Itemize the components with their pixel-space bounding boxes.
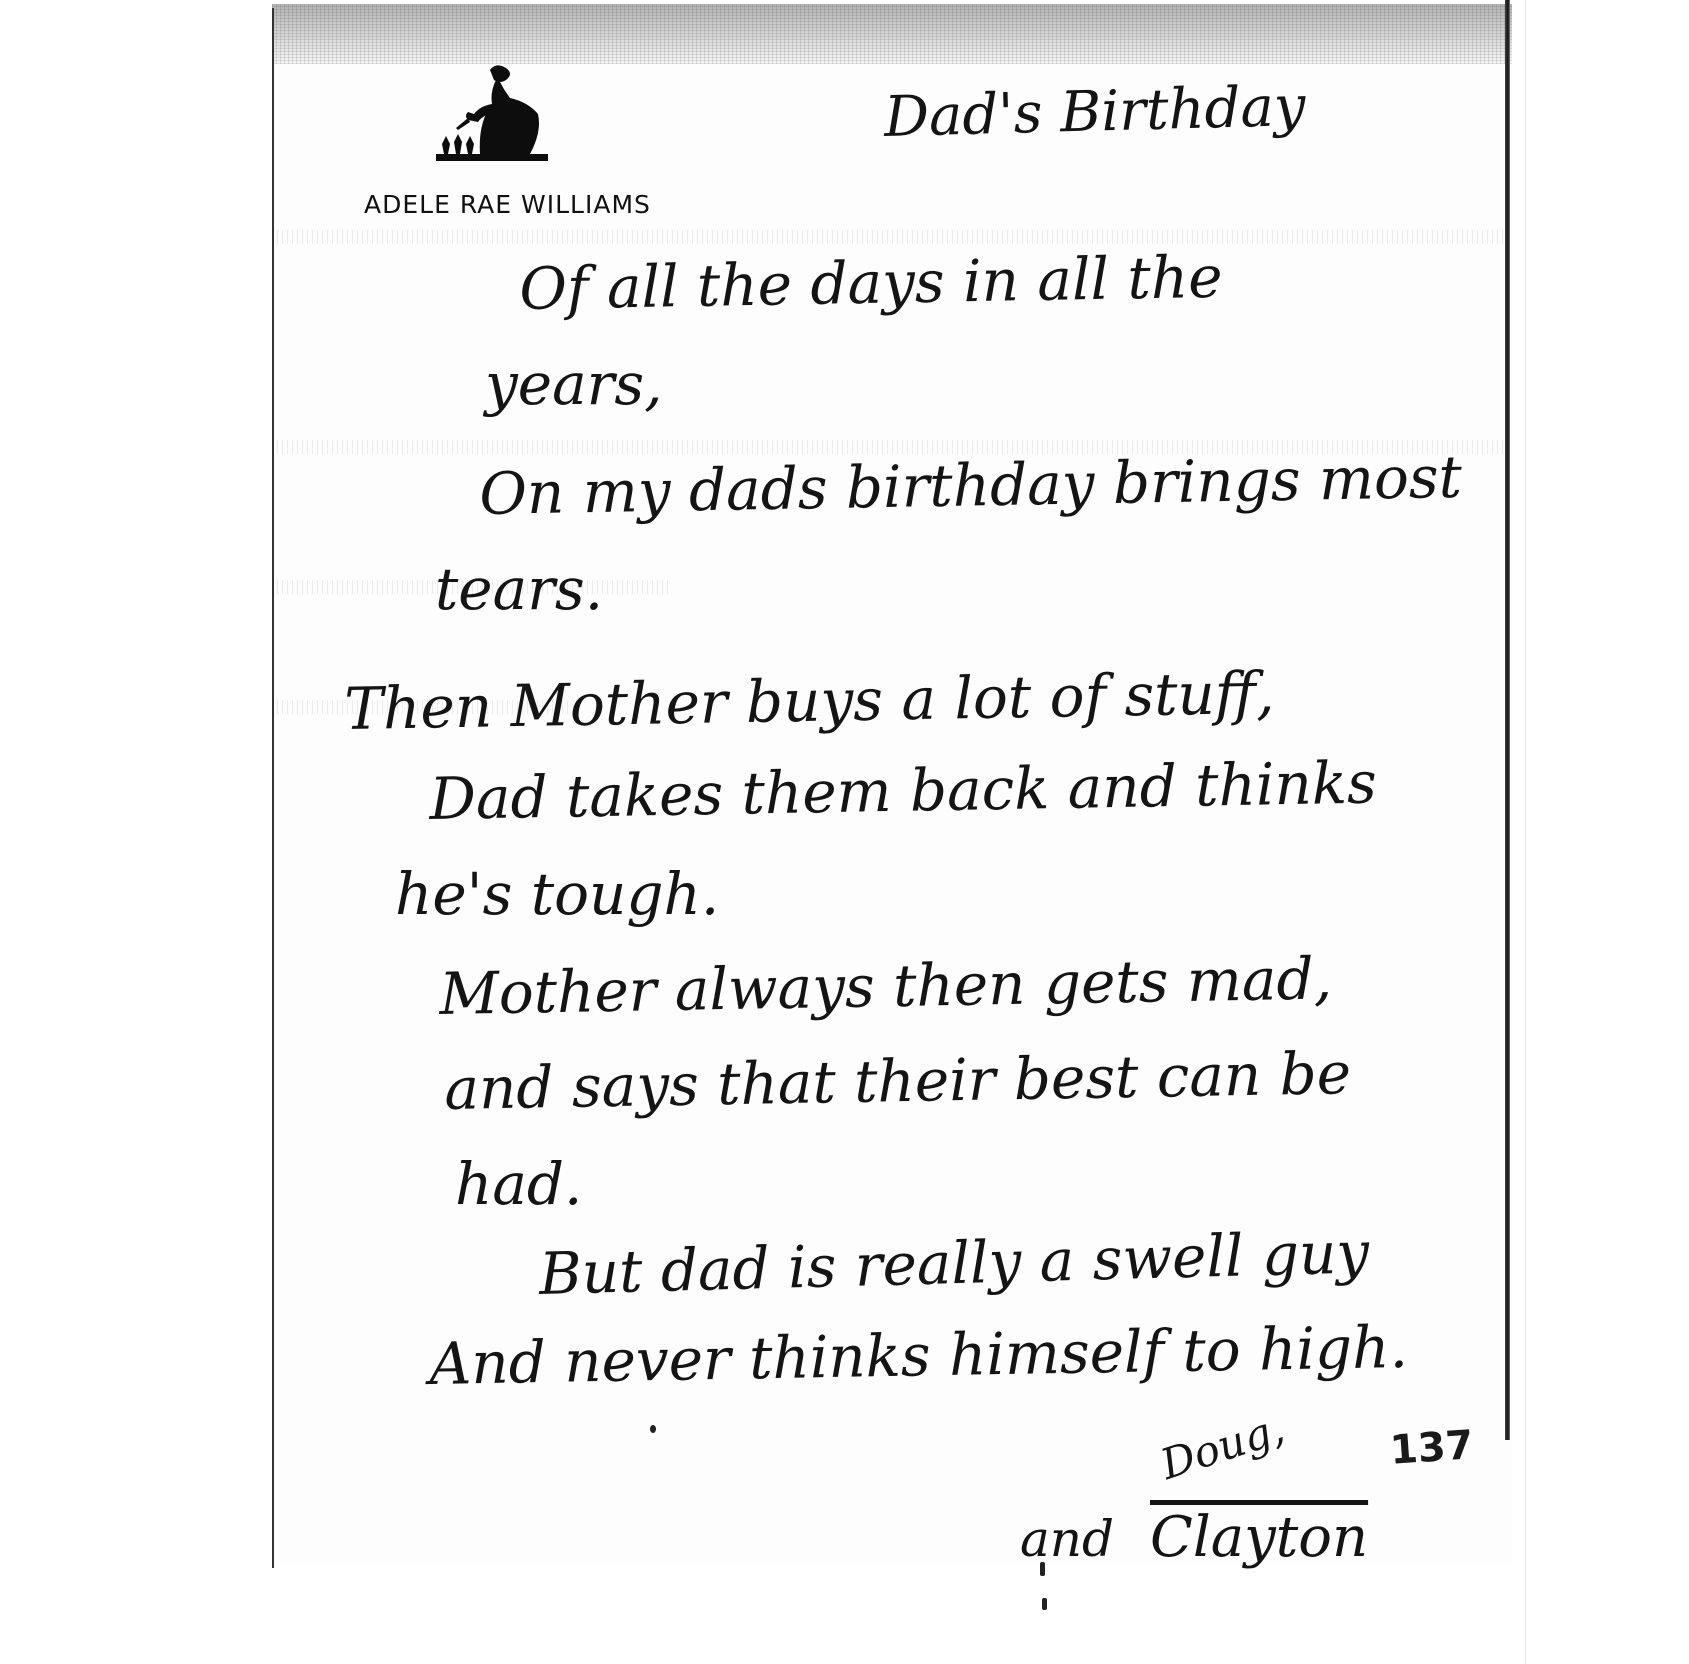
poem-line: years, [485,350,663,418]
poem-line: he's tough. [395,860,719,928]
page-right-edge [1505,0,1510,1440]
photocopy-speck [1040,1562,1045,1576]
poem-line: had. [455,1150,583,1218]
letterhead-name: ADELE RAE WILLIAMS [364,190,651,219]
girl-watering-flowers-silhouette-icon [430,62,560,172]
letter-title: Dad's Birthday [883,74,1306,150]
letterhead: ADELE RAE WILLIAMS [360,62,680,222]
photocopy-grain-top [272,4,1512,64]
poem-line: Of all the days in all the [519,243,1223,323]
page-number: 137 [1388,1422,1475,1474]
photocopy-speck [1042,1598,1047,1610]
signature-and: and [1020,1510,1114,1568]
photocopy-grain-band [272,230,1512,244]
photocopy-speck [650,1425,656,1433]
poem-line: tears. [435,555,603,623]
page-right-shadow [1525,0,1526,1664]
signature-clayton: Clayton [1150,1505,1368,1570]
page-left-edge [272,8,274,1568]
